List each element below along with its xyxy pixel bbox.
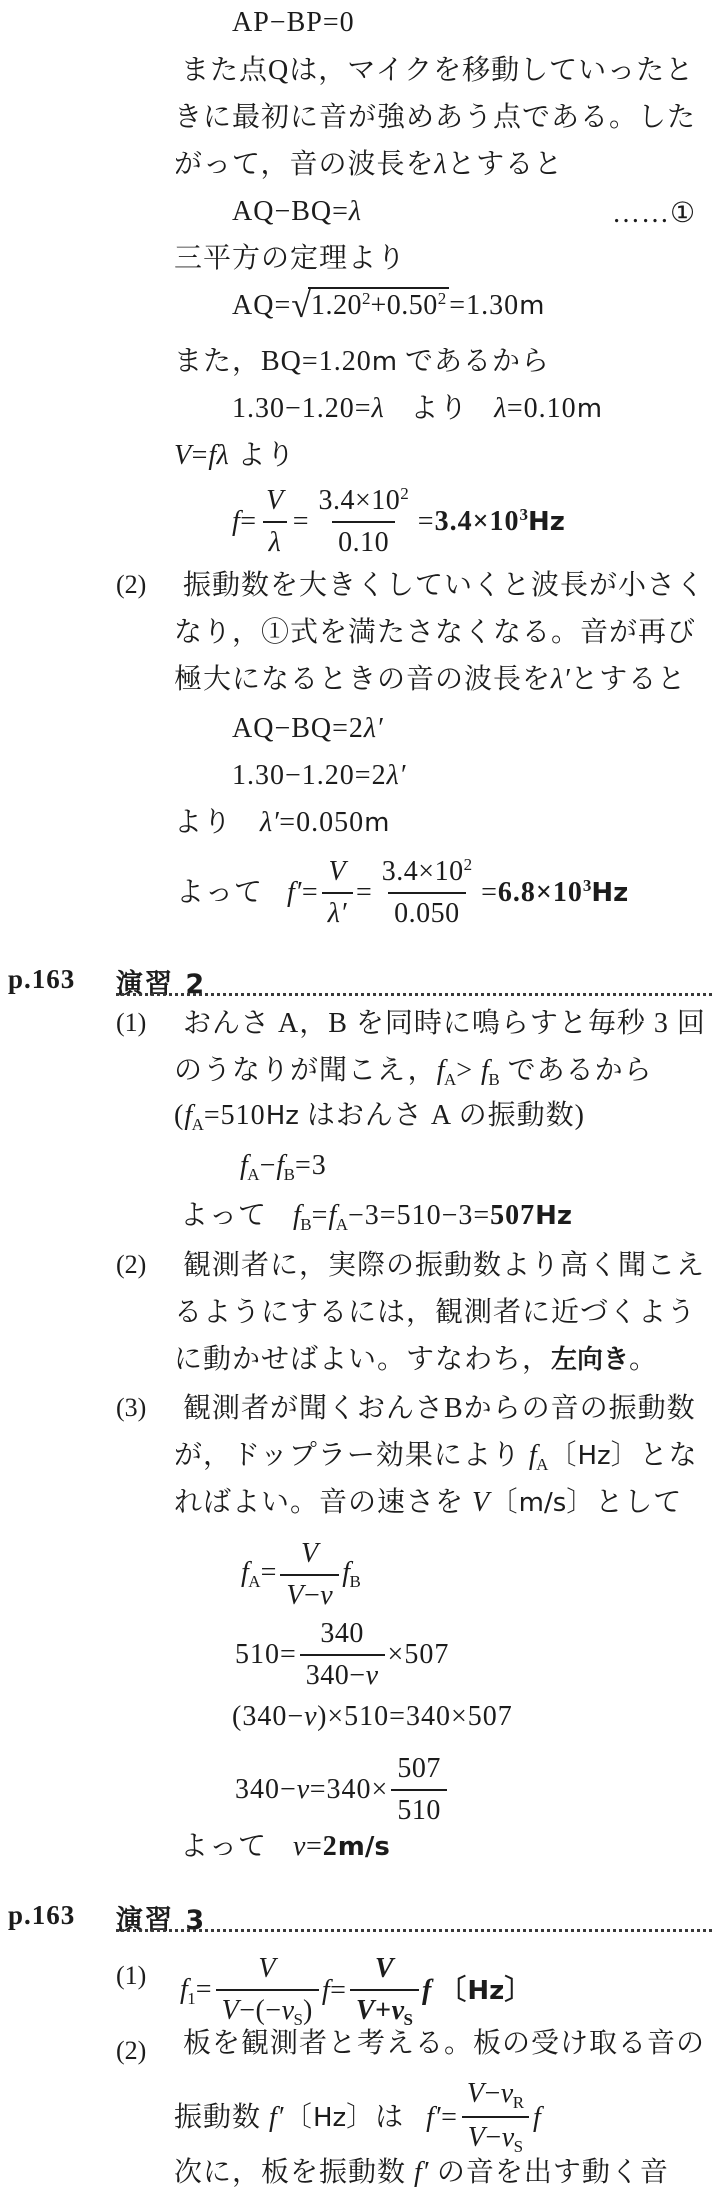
token-r: また点Qは，マイクを移動していったと bbox=[181, 55, 694, 86]
token-r: 極大になるときの音の波長を bbox=[174, 664, 551, 695]
token-r: がって，音の波長を bbox=[174, 149, 434, 180]
token-sup: 2 bbox=[464, 855, 473, 874]
token-r: 1.30 bbox=[466, 290, 519, 321]
token-i: V bbox=[472, 1487, 490, 1518]
token-r: = bbox=[441, 2102, 458, 2133]
token-sn: m bbox=[364, 808, 389, 838]
token-r: 3.4×10 bbox=[318, 485, 400, 516]
token-r: (2) bbox=[116, 1250, 146, 1279]
inline-group: よってfB=fA−3=510−3=507Hz bbox=[180, 1199, 572, 1235]
token-i: λ bbox=[434, 149, 447, 180]
token-i: V bbox=[222, 1995, 240, 2026]
inline-group: きに最初に音が強めあう点である。した bbox=[174, 101, 696, 135]
inline-group: おんさ A，B を同時に鳴らすと毎秒 3 回 bbox=[183, 1007, 706, 1041]
token-r: とすると bbox=[447, 149, 563, 180]
token-r: 1.30−1.20=2 bbox=[232, 760, 387, 791]
inline-group: V=fλ より bbox=[174, 439, 295, 473]
item-marker: (2) bbox=[116, 2035, 146, 2066]
token-sup: 2 bbox=[400, 484, 409, 503]
token-r: 1.30−1.20= bbox=[232, 393, 372, 424]
token-i: V bbox=[266, 485, 284, 516]
token-r: − bbox=[484, 2078, 500, 2109]
equation-line: よってv=2m/s bbox=[180, 1830, 390, 1864]
token-sub: 1 bbox=[187, 1989, 196, 2008]
token-r: が，ドップラー効果により bbox=[174, 1440, 529, 1471]
token-r: 510 bbox=[397, 1795, 441, 1826]
inline-group: = bbox=[356, 876, 373, 910]
token-r: 板を観測者と考える。板の受け取る音の bbox=[183, 2028, 705, 2059]
token-bi: v bbox=[392, 1995, 405, 2026]
token-i: λ′ bbox=[328, 898, 347, 929]
fraction: Vλ′ bbox=[322, 855, 353, 930]
inline-group: よりλ′=0.050m bbox=[174, 806, 389, 840]
token-r: +0.50 bbox=[371, 290, 438, 321]
inline-group: 振動数 f′〔Hz〕はf′= bbox=[174, 2101, 458, 2135]
inline-group: のうなりが聞こえ，fA> fB であるから bbox=[174, 1054, 653, 1090]
token-r: −(− bbox=[239, 1995, 281, 2026]
token-r: =510 bbox=[204, 1100, 266, 1131]
token-b: 6.8×10 bbox=[498, 877, 583, 908]
token-r: 3.4×10 bbox=[382, 856, 464, 887]
text-line: 三平方の定理より bbox=[174, 242, 406, 276]
inline-group: fB bbox=[342, 1556, 361, 1592]
token-r: = bbox=[330, 1975, 347, 2006]
token-bsn: Hz bbox=[467, 1976, 504, 2006]
equation-line: 1.30−1.20=λよりλ=0.10m bbox=[232, 392, 602, 426]
equation-line: AQ−BQ=λ bbox=[232, 195, 362, 229]
token-b: 2 bbox=[323, 1831, 338, 1862]
inline-group: f〔Hz〕 bbox=[422, 1974, 533, 2008]
token-i: V bbox=[174, 440, 192, 471]
fraction-denominator: 340−v bbox=[300, 1654, 385, 1693]
token-i: v bbox=[320, 1580, 333, 1611]
token-b: + bbox=[375, 1995, 391, 2026]
token-r: =0.10 bbox=[507, 393, 577, 424]
fraction-numerator: 3.4×102 bbox=[312, 484, 414, 521]
inline-group: f= bbox=[232, 505, 257, 539]
inline-group: 1.30−1.20=2λ′ bbox=[232, 759, 406, 793]
token-i: f bbox=[322, 1975, 330, 2006]
text-line: また，BQ=1.20m であるから bbox=[174, 345, 550, 379]
token-r: に動かせばよい。すなわち， bbox=[174, 1344, 551, 1375]
text-line: 次に，板を振動数 f′ の音を出す動く音 bbox=[174, 2156, 669, 2190]
inline-group: よってv=2m/s bbox=[180, 1830, 390, 1864]
fraction-denominator: 0.10 bbox=[332, 521, 395, 560]
token-r: (2) bbox=[116, 2036, 146, 2065]
radicand: 1.202+0.502 bbox=[308, 287, 449, 321]
inline-group: 板を観測者と考える。板の受け取る音の bbox=[183, 2027, 705, 2061]
token-r: よって bbox=[180, 1200, 267, 1231]
token-r: より bbox=[174, 807, 232, 838]
token-i: v bbox=[502, 2122, 515, 2153]
inline-group: = bbox=[293, 505, 310, 539]
inline-group: fA= bbox=[241, 1556, 277, 1592]
token-sub: S bbox=[514, 2137, 523, 2156]
token-i: v bbox=[282, 1995, 295, 2026]
token-bi: f bbox=[422, 1975, 432, 2006]
token-i: f′ bbox=[414, 2157, 429, 2188]
token-r: であるから bbox=[500, 1055, 653, 1086]
token-sup: 2 bbox=[362, 289, 371, 308]
token-r: = bbox=[302, 877, 319, 908]
equation-number: ……① bbox=[612, 197, 696, 231]
token-r: の音を出す動く音 bbox=[429, 2157, 669, 2188]
token-i: λ′ bbox=[387, 760, 406, 791]
fraction-denominator: V−(−vS) bbox=[216, 1989, 319, 2030]
token-bi: V bbox=[356, 1995, 375, 2026]
equation-line: AQ−BQ=2λ′ bbox=[232, 712, 383, 746]
token-b: 507 bbox=[490, 1200, 535, 1231]
token-r: = bbox=[293, 506, 310, 537]
inline-group: (2) bbox=[116, 2035, 146, 2066]
token-bsn: Hz bbox=[535, 1201, 572, 1231]
text-line: 板を観測者と考える。板の受け取る音の bbox=[183, 2027, 705, 2061]
token-r: −3=510−3= bbox=[348, 1200, 490, 1231]
token-sn: Hz bbox=[577, 1441, 610, 1471]
token-r: 0.10 bbox=[338, 527, 389, 558]
fraction: 3.4×1020.10 bbox=[312, 484, 414, 559]
token-r: ( bbox=[174, 1100, 184, 1131]
token-i: f′ bbox=[287, 877, 302, 908]
token-bsup: 3 bbox=[520, 505, 529, 524]
token-i: v bbox=[293, 1831, 306, 1862]
text-line: に動かせばよい。すなわち，左向き。 bbox=[174, 1343, 658, 1377]
text-line: おんさ A，B を同時に鳴らすと毎秒 3 回 bbox=[183, 1007, 706, 1041]
token-r: また，BQ=1.20 bbox=[174, 346, 372, 377]
token-r: であるから bbox=[397, 346, 550, 377]
token-r: より bbox=[229, 440, 295, 471]
section-header-ex3: p.163 演習 3 bbox=[0, 1898, 714, 1934]
inline-group: (340−v)×510=340×507 bbox=[232, 1700, 513, 1734]
inline-group: なり，①式を満たさなくなる。音が再び bbox=[174, 616, 696, 650]
inline-group: f1= bbox=[180, 1973, 213, 2009]
text-line: なり，①式を満たさなくなる。音が再び bbox=[174, 616, 696, 650]
token-sub: A bbox=[247, 1165, 259, 1184]
token-r: 507 bbox=[397, 1753, 441, 1784]
text-line: 観測者が聞くおんさBからの音の振動数 bbox=[183, 1392, 696, 1426]
token-r: のうなりが聞こえ， bbox=[174, 1055, 437, 1086]
token-r: 振動数 bbox=[174, 2102, 269, 2133]
item-marker: (2) bbox=[116, 1249, 146, 1280]
token-i: V bbox=[329, 856, 347, 887]
inline-group: 三平方の定理より bbox=[174, 242, 406, 276]
token-r: はおんさ A の振動数) bbox=[299, 1100, 585, 1131]
fraction-numerator: 3.4×102 bbox=[376, 855, 478, 892]
text-line: のうなりが聞こえ，fA> fB であるから bbox=[174, 1054, 653, 1090]
item-marker: (1) bbox=[116, 1960, 146, 1991]
text-line: 極大になるときの音の波長をλ′とすると bbox=[174, 663, 686, 697]
token-r: − bbox=[304, 1580, 320, 1611]
token-r: = bbox=[418, 506, 435, 537]
inline-group: (fA=510Hz はおんさ A の振動数) bbox=[174, 1099, 585, 1135]
token-sub: A bbox=[248, 1572, 260, 1591]
token-r: (1) bbox=[116, 1008, 146, 1037]
token-bsn: Hz bbox=[528, 507, 565, 537]
fraction: VV+vS bbox=[350, 1952, 419, 2030]
equation-line: AP−BP=0 bbox=[232, 6, 355, 40]
token-sn: Hz bbox=[313, 2103, 346, 2133]
inline-group: 極大になるときの音の波長をλ′とすると bbox=[174, 663, 686, 697]
equation-line: 1.30−1.20=2λ′ bbox=[232, 759, 406, 793]
equation-line: 振動数 f′〔Hz〕はf′=V−vRV−vSf bbox=[174, 2077, 541, 2158]
token-sub: B bbox=[284, 1165, 295, 1184]
inline-group: (2) bbox=[116, 1249, 146, 1280]
token-r: )×510=340×507 bbox=[317, 1701, 513, 1732]
equation-line: 510=340340−v×507 bbox=[235, 1617, 449, 1692]
text-line: ればよい。音の速さを V〔m/s〕として bbox=[174, 1486, 682, 1520]
inline-group: 340−v=340× bbox=[235, 1773, 388, 1807]
inline-group: f bbox=[533, 2101, 541, 2135]
inline-group: 1.30−1.20=λよりλ=0.10m bbox=[232, 392, 602, 426]
inline-group: (1) bbox=[116, 1960, 146, 1991]
token-sub: A bbox=[336, 1215, 348, 1234]
token-r: = bbox=[196, 1974, 213, 2005]
token-sub: R bbox=[513, 2093, 524, 2112]
token-sn: m bbox=[372, 347, 397, 377]
token-bsn: Hz bbox=[591, 878, 628, 908]
inline-group: よってf′= bbox=[176, 876, 319, 910]
token-r: > bbox=[456, 1055, 481, 1086]
token-sn: Hz bbox=[266, 1101, 299, 1131]
token-r: ×507 bbox=[388, 1639, 450, 1670]
token-r: よって bbox=[180, 1831, 267, 1862]
dotted-rule bbox=[116, 993, 712, 996]
fraction-denominator: λ bbox=[263, 521, 288, 560]
token-r: 〔 bbox=[548, 1440, 577, 1471]
token-r: 510= bbox=[235, 1639, 297, 1670]
token-i: f′ bbox=[269, 2102, 284, 2133]
token-i: v bbox=[304, 1701, 317, 1732]
inline-group: =6.8×103Hz bbox=[481, 876, 628, 910]
token-i: λ′ bbox=[551, 664, 570, 695]
fraction-numerator: V bbox=[295, 1537, 325, 1574]
inline-group: f= bbox=[322, 1974, 347, 2008]
token-sub: A bbox=[192, 1115, 204, 1134]
token-r: 340 bbox=[320, 1618, 364, 1649]
token-r: 振動数を大きくしていくと波長が小さく bbox=[183, 570, 705, 601]
fraction-denominator: 510 bbox=[391, 1789, 447, 1828]
token-r: = bbox=[240, 506, 257, 537]
token-r: とすると bbox=[570, 664, 686, 695]
token-r: 340− bbox=[306, 1660, 366, 1691]
item-marker: (3) bbox=[116, 1392, 146, 1423]
inline-group: が，ドップラー効果により fA〔Hz〕とな bbox=[174, 1439, 698, 1475]
inline-group: 観測者に，実際の振動数より高く聞こえ bbox=[183, 1249, 705, 1283]
token-r: おんさ A，B を同時に鳴らすと毎秒 3 回 bbox=[183, 1008, 706, 1039]
section-header-ex2: p.163 演習 2 bbox=[0, 962, 714, 998]
text-line: きに最初に音が強めあう点である。した bbox=[174, 101, 696, 135]
token-i: λ bbox=[269, 527, 282, 558]
token-sub: B bbox=[300, 1215, 311, 1234]
token-i: f′ bbox=[426, 2102, 441, 2133]
token-r: = bbox=[481, 877, 498, 908]
token-r: =0.050 bbox=[279, 807, 364, 838]
token-r: ……① bbox=[612, 198, 696, 229]
fraction: VV−(−vS) bbox=[216, 1952, 319, 2030]
inline-group: (1) bbox=[116, 1007, 146, 1038]
text-line: よりλ′=0.050m bbox=[174, 806, 389, 840]
equation-line: fA−fB=3 bbox=[240, 1149, 327, 1185]
token-r: = bbox=[356, 877, 373, 908]
token-i: V bbox=[301, 1538, 319, 1569]
token-r: − bbox=[260, 1150, 277, 1181]
inline-group: 次に，板を振動数 f′ の音を出す動く音 bbox=[174, 2156, 669, 2190]
fraction-denominator: V+vS bbox=[350, 1989, 419, 2030]
token-i: V bbox=[286, 1580, 304, 1611]
inline-group: 振動数を大きくしていくと波長が小さく bbox=[183, 569, 705, 603]
token-r: ればよい。音の速さを bbox=[174, 1487, 472, 1518]
page-ref: p.163 bbox=[8, 964, 75, 995]
inline-group: =3.4×103Hz bbox=[418, 505, 565, 539]
token-r: 〕は bbox=[346, 2102, 404, 2133]
item-marker: (1) bbox=[116, 1007, 146, 1038]
token-r: 。 bbox=[629, 1344, 658, 1375]
fraction-numerator: 340 bbox=[314, 1617, 370, 1654]
inline-group: fA−fB=3 bbox=[240, 1149, 327, 1185]
token-r: − bbox=[485, 2122, 501, 2153]
token-i: v bbox=[366, 1660, 379, 1691]
token-r: 観測者に，実際の振動数より高く聞こえ bbox=[183, 1250, 705, 1281]
token-r: なり，①式を満たさなくなる。音が再び bbox=[174, 617, 696, 648]
token-r: = bbox=[312, 1200, 329, 1231]
inline-group: ればよい。音の速さを V〔m/s〕として bbox=[174, 1486, 682, 1520]
token-r: =340× bbox=[310, 1774, 389, 1805]
square-root: √1.202+0.502 bbox=[291, 290, 449, 321]
fraction-numerator: V bbox=[323, 855, 353, 892]
inline-group: 観測者が聞くおんさBからの音の振動数 bbox=[183, 1392, 696, 1426]
token-sn: m bbox=[577, 394, 602, 424]
token-r: (1) bbox=[116, 1961, 146, 1990]
token-bsn: 左向き bbox=[551, 1345, 629, 1375]
token-r: るようにするには，観測者に近づくよう bbox=[174, 1297, 696, 1328]
equation-line: f1=VV−(−vS)f=VV+vSf〔Hz〕 bbox=[180, 1952, 533, 2030]
token-i: V bbox=[467, 2078, 485, 2109]
token-r: 〕とな bbox=[611, 1440, 698, 1471]
token-r: よって bbox=[176, 877, 263, 908]
equation-line: よってfB=fA−3=510−3=507Hz bbox=[180, 1199, 572, 1235]
fraction: V−vRV−vS bbox=[461, 2077, 530, 2158]
text-line: また点Qは，マイクを移動していったと bbox=[181, 54, 694, 88]
token-i: λ bbox=[349, 196, 362, 227]
token-r: 〔 bbox=[284, 2102, 313, 2133]
token-i: λ′ bbox=[260, 807, 279, 838]
text-line: 観測者に，実際の振動数より高く聞こえ bbox=[183, 1249, 705, 1283]
token-sub: B bbox=[349, 1572, 360, 1591]
item-marker: (2) bbox=[116, 569, 146, 600]
token-r: (2) bbox=[116, 570, 146, 599]
token-i: λ bbox=[372, 393, 385, 424]
token-r: 〔 bbox=[490, 1487, 519, 1518]
text-line: がって，音の波長をλとすると bbox=[174, 148, 563, 182]
token-r: 観測者が聞くおんさBからの音の振動数 bbox=[183, 1393, 696, 1424]
fraction: VV−v bbox=[280, 1537, 339, 1612]
inline-group: ……① bbox=[612, 197, 696, 231]
inline-group: AQ=√1.202+0.502=1.30m bbox=[232, 284, 544, 327]
inline-group: 510= bbox=[235, 1638, 297, 1672]
token-sub: S bbox=[294, 2010, 303, 2029]
inline-group: AP−BP=0 bbox=[232, 6, 355, 40]
text-line: (fA=510Hz はおんさ A の振動数) bbox=[174, 1099, 585, 1135]
token-bsub: S bbox=[404, 2010, 413, 2029]
fraction-numerator: V bbox=[260, 484, 290, 521]
equation-line: 340−v=340×507510 bbox=[235, 1752, 450, 1827]
token-r: ) bbox=[303, 1995, 313, 2026]
token-sup: 2 bbox=[438, 289, 447, 308]
equation-line: よってf′=Vλ′=3.4×1020.050=6.8×103Hz bbox=[176, 855, 628, 930]
inline-group: がって，音の波長をλとすると bbox=[174, 148, 563, 182]
inline-group: (2) bbox=[116, 569, 146, 600]
fraction-numerator: V bbox=[252, 1952, 282, 1989]
token-r: (340− bbox=[232, 1701, 304, 1732]
fraction-numerator: V−vR bbox=[461, 2077, 530, 2116]
token-sn: m bbox=[519, 291, 544, 321]
page-ref: p.163 bbox=[8, 1900, 75, 1931]
token-r: AQ−BQ= bbox=[232, 196, 349, 227]
text-line: るようにするには，観測者に近づくよう bbox=[174, 1296, 696, 1330]
equation-line: AQ=√1.202+0.502=1.30m bbox=[232, 284, 544, 327]
token-i: V bbox=[258, 1953, 276, 1984]
token-r: AP−BP=0 bbox=[232, 7, 355, 38]
fraction-numerator: 507 bbox=[391, 1752, 447, 1789]
fraction: 3.4×1020.050 bbox=[376, 855, 478, 930]
token-b: 〔 bbox=[438, 1975, 467, 2006]
token-r: より bbox=[410, 393, 468, 424]
inline-group: AQ−BQ=2λ′ bbox=[232, 712, 383, 746]
fraction-denominator: V−vS bbox=[462, 2116, 529, 2157]
dotted-rule bbox=[116, 1929, 712, 1932]
token-bsn: m/s bbox=[338, 1832, 390, 1862]
fraction-denominator: V−v bbox=[280, 1574, 339, 1613]
fraction-denominator: 0.050 bbox=[388, 892, 466, 931]
inline-group: るようにするには，観測者に近づくよう bbox=[174, 1296, 696, 1330]
token-i: v bbox=[501, 2078, 514, 2109]
token-r: 1.20 bbox=[311, 290, 362, 321]
token-r: 340− bbox=[235, 1774, 297, 1805]
fraction: Vλ bbox=[260, 484, 290, 559]
text-line: が，ドップラー効果により fA〔Hz〕とな bbox=[174, 1439, 698, 1475]
inline-group: に動かせばよい。すなわち，左向き。 bbox=[174, 1343, 658, 1377]
token-r: AQ= bbox=[232, 290, 291, 321]
token-sub: B bbox=[488, 1070, 499, 1089]
token-bi: V bbox=[375, 1953, 394, 1984]
equation-line: (340−v)×510=340×507 bbox=[232, 1700, 513, 1734]
token-sn: m/s bbox=[519, 1488, 567, 1518]
token-r: = bbox=[192, 440, 209, 471]
text-line: 振動数を大きくしていくと波長が小さく bbox=[183, 569, 705, 603]
inline-group: また点Qは，マイクを移動していったと bbox=[181, 54, 694, 88]
fraction-numerator: V bbox=[369, 1952, 400, 1989]
token-r: 三平方の定理より bbox=[174, 243, 406, 274]
textbook-solution-page: p.163 演習 2 p.163 演習 3 AP−BP=0また点Qは，マイクを移… bbox=[0, 0, 720, 2203]
equation-line: fA=VV−vfB bbox=[241, 1537, 361, 1612]
token-i: λ′ bbox=[364, 713, 383, 744]
fraction: 340340−v bbox=[300, 1617, 385, 1692]
token-sub: A bbox=[444, 1070, 456, 1089]
token-r: 次に，板を振動数 bbox=[174, 2157, 414, 2188]
inline-group: AQ−BQ=λ bbox=[232, 195, 362, 229]
token-r: =3 bbox=[295, 1150, 327, 1181]
token-r: (3) bbox=[116, 1393, 146, 1422]
token-r: AQ−BQ=2 bbox=[232, 713, 364, 744]
token-r: = bbox=[449, 290, 466, 321]
token-r: 0.050 bbox=[394, 898, 460, 929]
token-i: fλ bbox=[208, 440, 229, 471]
token-r: きに最初に音が強めあう点である。した bbox=[174, 102, 696, 133]
inline-group: また，BQ=1.20m であるから bbox=[174, 345, 550, 379]
fraction-denominator: λ′ bbox=[322, 892, 353, 931]
token-r: = bbox=[261, 1557, 278, 1588]
inline-group: ×507 bbox=[388, 1638, 450, 1672]
